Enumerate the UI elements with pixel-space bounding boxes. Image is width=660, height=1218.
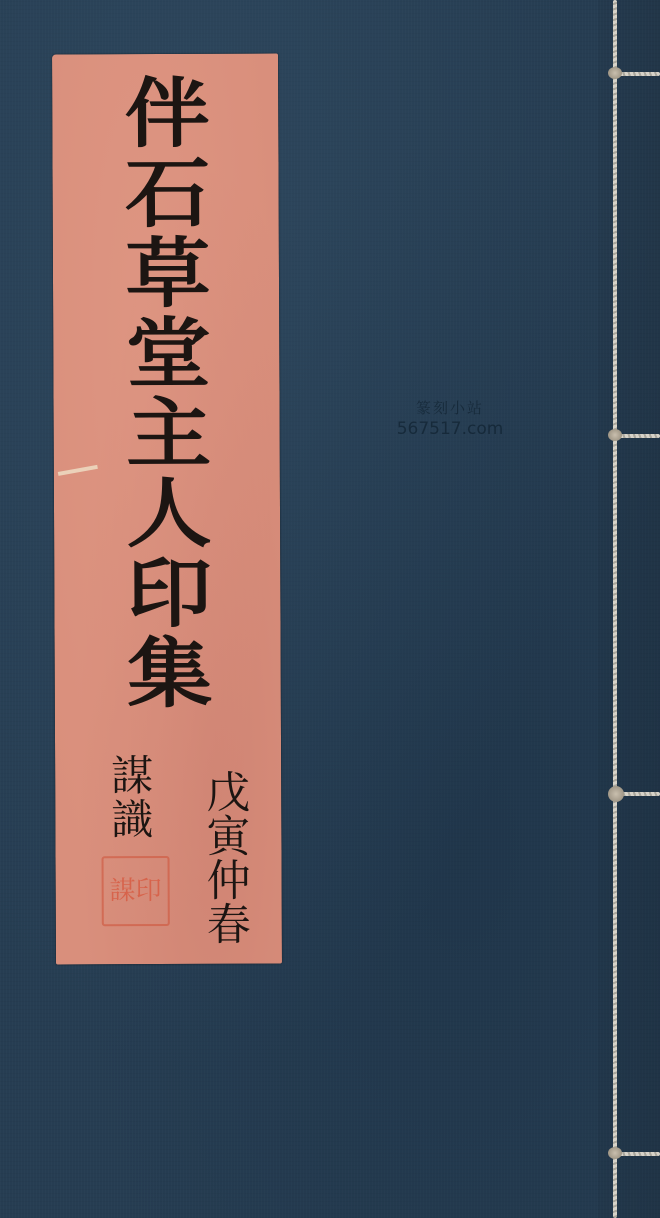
binding-knot bbox=[608, 786, 624, 802]
date-char: 戊 bbox=[206, 772, 250, 816]
red-seal-stamp: 謀印 bbox=[102, 856, 170, 926]
date-char: 仲 bbox=[207, 860, 251, 904]
date-char: 寅 bbox=[206, 816, 250, 860]
date-char: 春 bbox=[207, 904, 251, 948]
watermark: 篆刻小站 567517.com bbox=[380, 398, 520, 440]
title-char: 石 bbox=[125, 154, 210, 234]
title-label-slip: 伴 石 草 堂 主 人 印 集 戊 寅 仲 春 謀 識 謀印 bbox=[52, 54, 282, 965]
inscription-signature: 謀 識 bbox=[99, 754, 165, 842]
signature-char: 謀 bbox=[111, 754, 153, 798]
watermark-url: 567517.com bbox=[380, 418, 520, 440]
title-char: 主 bbox=[126, 394, 211, 474]
inscription-date: 戊 寅 仲 春 bbox=[193, 772, 264, 948]
binding-knot bbox=[608, 67, 622, 79]
seal-text: 謀印 bbox=[110, 876, 162, 906]
spine-shadow bbox=[598, 0, 660, 1218]
title-char: 人 bbox=[126, 474, 211, 554]
title-char: 草 bbox=[125, 234, 210, 314]
book-title: 伴 石 草 堂 主 人 印 集 bbox=[92, 74, 245, 715]
binding-thread-vertical bbox=[613, 0, 617, 1218]
binding-knot bbox=[608, 429, 622, 441]
title-char: 伴 bbox=[125, 74, 210, 154]
paper-tear bbox=[58, 465, 98, 476]
title-char: 集 bbox=[127, 634, 212, 714]
watermark-site-name: 篆刻小站 bbox=[380, 398, 520, 418]
title-char: 堂 bbox=[126, 314, 211, 394]
signature-char: 識 bbox=[111, 798, 153, 842]
binding-knot bbox=[608, 1147, 622, 1159]
title-char: 印 bbox=[127, 554, 212, 634]
